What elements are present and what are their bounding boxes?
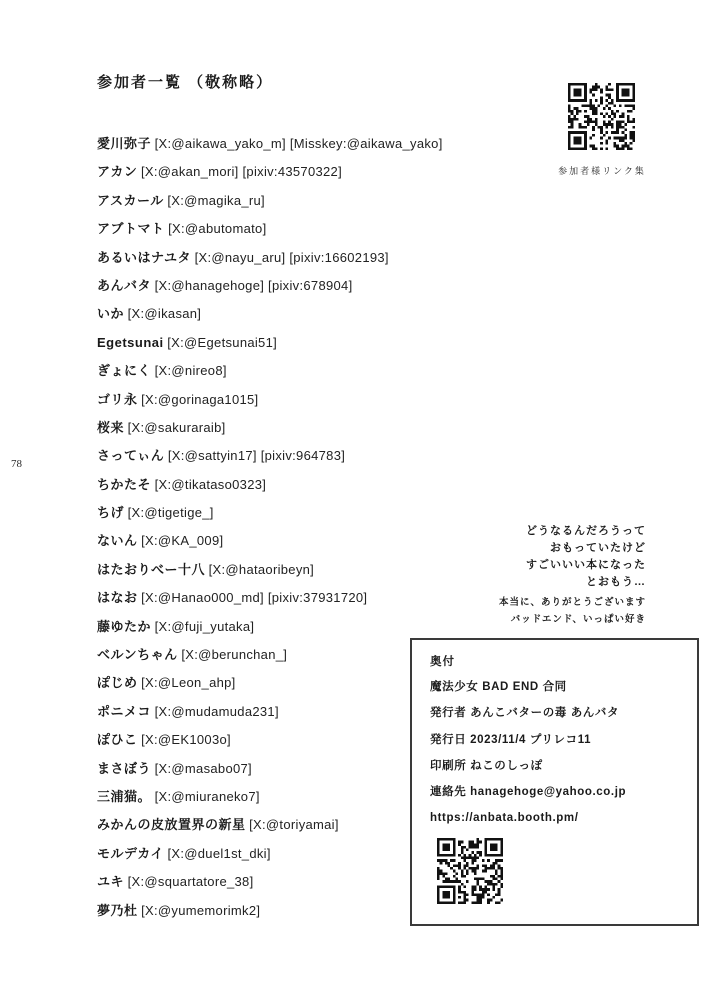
page-number: 78 — [11, 458, 22, 470]
participant-handles: [X:@toriyamai] — [249, 817, 339, 832]
participant-name: 藤ゆたか — [97, 619, 151, 634]
list-item: 桜来 [X:@sakuraraib] — [97, 414, 557, 442]
participant-name: あるいはナユタ — [97, 250, 191, 265]
participant-name: ポニメコ — [97, 704, 151, 719]
participant-name: 三浦猫。 — [97, 789, 151, 804]
participant-name: まさぼう — [97, 761, 151, 776]
participant-name: みかんの皮放置界の新星 — [97, 817, 246, 832]
afterword-message-main: どうなるんだろうっておもっていたけどすごいいい本になったとおもう… — [386, 523, 646, 591]
document-page: 78 参加者一覧 （敬称略） 愛川弥子 [X:@aikawa_yako_m] [… — [0, 0, 715, 1000]
participant-handles: [X:@nayu_aru] [pixiv:16602193] — [195, 250, 389, 265]
list-item: 愛川弥子 [X:@aikawa_yako_m] [Misskey:@aikawa… — [97, 130, 557, 158]
participant-name: ちげ — [97, 505, 124, 520]
participants-links-qr-code-icon — [568, 83, 635, 150]
participant-handles: [X:@Hanao000_md] [pixiv:37931720] — [141, 590, 367, 605]
participant-handles: [X:@nireo8] — [155, 363, 227, 378]
list-item: アカン [X:@akan_mori] [pixiv:43570322] — [97, 158, 557, 186]
message-line: バッドエンド、いっぱい好き — [386, 611, 646, 628]
list-item: アスカール [X:@magika_ru] — [97, 187, 557, 215]
message-line: どうなるんだろうって — [386, 523, 646, 540]
list-item: いか [X:@ikasan] — [97, 300, 557, 328]
list-item: さってぃん [X:@sattyin17] [pixiv:964783] — [97, 442, 557, 470]
participant-name: ないん — [97, 533, 138, 548]
participant-name: モルデカイ — [97, 846, 164, 861]
participant-name: 夢乃杜 — [97, 903, 138, 918]
participant-handles: [X:@berunchan_] — [181, 647, 287, 662]
participant-name: ゴリ永 — [97, 392, 138, 407]
colophon-heading: 奥付 — [430, 653, 455, 669]
participant-name: アスカール — [97, 193, 164, 208]
participant-handles: [X:@squartatore_38] — [128, 874, 254, 889]
participant-name: アカン — [97, 164, 137, 179]
list-item: ちかたそ [X:@tikataso0323] — [97, 471, 557, 499]
participant-handles: [X:@sakuraraib] — [128, 420, 226, 435]
participant-handles: [X:@Egetsunai51] — [167, 335, 277, 350]
participant-handles: [X:@tikataso0323] — [155, 477, 267, 492]
participant-name: 桜来 — [97, 420, 124, 435]
booth-shop-qr-code-icon — [437, 838, 503, 904]
participant-handles: [X:@gorinaga1015] — [141, 392, 258, 407]
colophon-line: 魔法少女 BAD END 合同 — [430, 680, 691, 706]
participant-handles: [X:@aikawa_yako_m] [Misskey:@aikawa_yako… — [155, 136, 443, 151]
colophon-line: 印刷所 ねこのしっぽ — [430, 759, 691, 785]
participant-name: ぽじめ — [97, 675, 138, 690]
participant-handles: [X:@hanagehoge] [pixiv:678904] — [155, 278, 353, 293]
colophon-lines: 魔法少女 BAD END 合同発行者 あんこバターの毒 あんバタ発行日 2023… — [430, 680, 691, 838]
participant-name: ユキ — [97, 874, 124, 889]
participant-handles: [X:@masabo07] — [155, 761, 252, 776]
list-item: あんバタ [X:@hanagehoge] [pixiv:678904] — [97, 272, 557, 300]
participant-handles: [X:@sattyin17] [pixiv:964783] — [168, 448, 345, 463]
participant-handles: [X:@fuji_yutaka] — [155, 619, 255, 634]
links-qr-caption: 参加者様リンク集 — [552, 164, 652, 177]
participant-handles: [X:@tigetige_] — [128, 505, 214, 520]
participant-name: あんバタ — [97, 278, 151, 293]
list-item: ぎょにく [X:@nireo8] — [97, 357, 557, 385]
participant-handles: [X:@akan_mori] [pixiv:43570322] — [141, 164, 342, 179]
participant-name: さってぃん — [97, 448, 164, 463]
participant-handles: [X:@miuraneko7] — [155, 789, 260, 804]
colophon-line: 発行日 2023/11/4 プリレコ11 — [430, 733, 691, 759]
afterword-message-thanks: 本当に、ありがとうございますバッドエンド、いっぱい好き — [386, 594, 646, 628]
participant-handles: [X:@EK1003o] — [141, 732, 231, 747]
message-line: とおもう… — [386, 574, 646, 591]
participant-name: ちかたそ — [97, 477, 151, 492]
participant-handles: [X:@KA_009] — [141, 533, 223, 548]
message-line: おもっていたけど — [386, 540, 646, 557]
participant-handles: [X:@hataoribeyn] — [209, 562, 314, 577]
page-title: 参加者一覧 （敬称略） — [97, 71, 273, 92]
colophon-line: https://anbata.booth.pm/ — [430, 811, 691, 837]
participant-handles: [X:@mudamuda231] — [155, 704, 279, 719]
participant-name: ぎょにく — [97, 363, 151, 378]
participant-name: 愛川弥子 — [97, 136, 151, 151]
colophon-line: 連絡先 hanagehoge@yahoo.co.jp — [430, 785, 691, 811]
participant-handles: [X:@magika_ru] — [167, 193, 265, 208]
participant-handles: [X:@duel1st_dki] — [167, 846, 270, 861]
participant-handles: [X:@yumemorimk2] — [141, 903, 260, 918]
participant-name: いか — [97, 306, 124, 321]
participant-name: Egetsunai — [97, 335, 164, 350]
list-item: あるいはナユタ [X:@nayu_aru] [pixiv:16602193] — [97, 244, 557, 272]
participant-name: アブトマト — [97, 221, 165, 236]
message-line: 本当に、ありがとうございます — [386, 594, 646, 611]
list-item: ゴリ永 [X:@gorinaga1015] — [97, 386, 557, 414]
participant-name: ベルンちゃん — [97, 647, 178, 662]
participant-handles: [X:@Leon_ahp] — [141, 675, 235, 690]
participant-handles: [X:@ikasan] — [128, 306, 202, 321]
message-line: すごいいい本になった — [386, 557, 646, 574]
afterword-message: どうなるんだろうっておもっていたけどすごいいい本になったとおもう… 本当に、あり… — [386, 523, 646, 628]
participant-handles: [X:@abutomato] — [168, 221, 266, 236]
list-item: アブトマト [X:@abutomato] — [97, 215, 557, 243]
list-item: Egetsunai [X:@Egetsunai51] — [97, 329, 557, 357]
colophon-line: 発行者 あんこバターの毒 あんバタ — [430, 706, 691, 732]
participant-name: はなお — [97, 590, 138, 605]
participant-name: はたおりべー十八 — [97, 562, 205, 577]
participant-name: ぽひこ — [97, 732, 138, 747]
